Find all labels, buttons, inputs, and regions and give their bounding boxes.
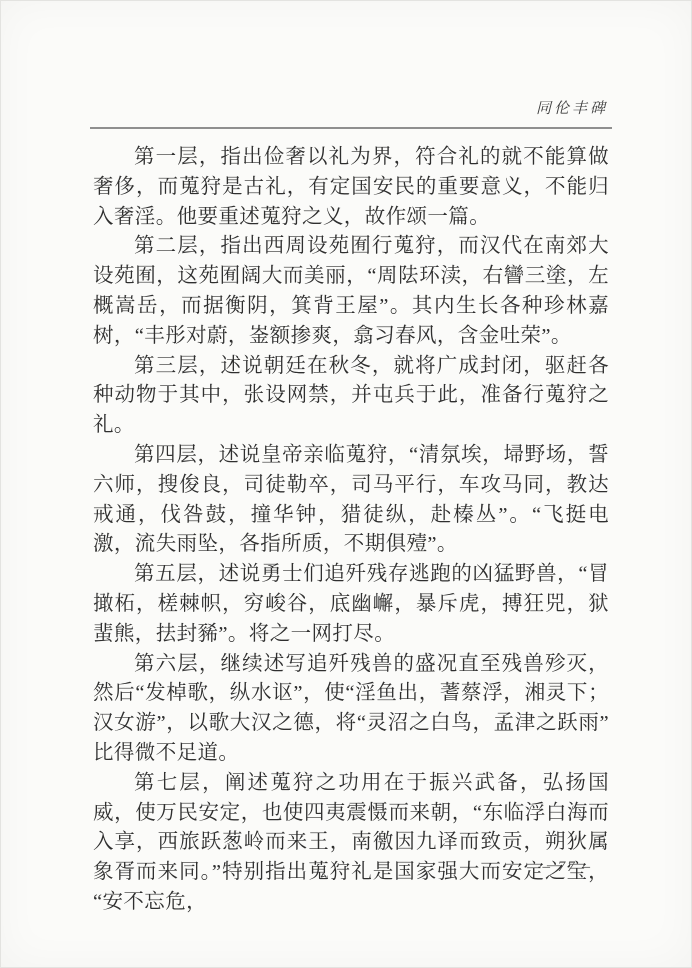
body-paragraph: 第三层，述说朝廷在秋冬，就将广成封闭，驱赶各种动物于其中，张设网禁，并屯兵于此，… [93,352,609,441]
body-paragraph: 第五层，述说勇士们追歼残存逃跑的凶猛野兽，“冒撖柘，槎棘帜，穷峻谷，底幽嶰，暴斥… [93,560,609,649]
header-divider-line [90,127,612,129]
page-body-text: 第一层，指出俭奢以礼为界，符合礼的就不能算做奢侈，而蒐狩是古礼，有定国安民的重要… [93,143,609,918]
body-paragraph: 第二层，指出西周设苑囿行蒐狩，而汉代在南郊大设苑囿，这苑囿阔大而美丽，“周阹环渎… [93,232,609,351]
body-paragraph: 第四层，述说皇帝亲临蒐狩，“清氛埃，埽野场，誓六师，搜俊良，司徒勒卒，司马平行，… [93,441,609,560]
running-head-title: 同伦丰碑 [92,97,608,118]
body-paragraph: 第一层，指出俭奢以礼为界，符合礼的就不能算做奢侈，而蒐狩是古礼，有定国安民的重要… [93,143,609,232]
book-page: 同伦丰碑 第一层，指出俭奢以礼为界，符合礼的就不能算做奢侈，而蒐狩是古礼，有定国… [0,0,692,968]
page-number: – 77 – [543,859,593,876]
body-paragraph: 第六层，继续述写追歼残兽的盛况直至残兽殄灭，然后“发棹歌，纵水讴”，使“淫鱼出，… [93,650,609,769]
body-paragraph: 第七层，阐述蒐狩之功用在于振兴武备，弘扬国威，使万民安定，也使四夷震慑而来朝，“… [93,769,609,918]
